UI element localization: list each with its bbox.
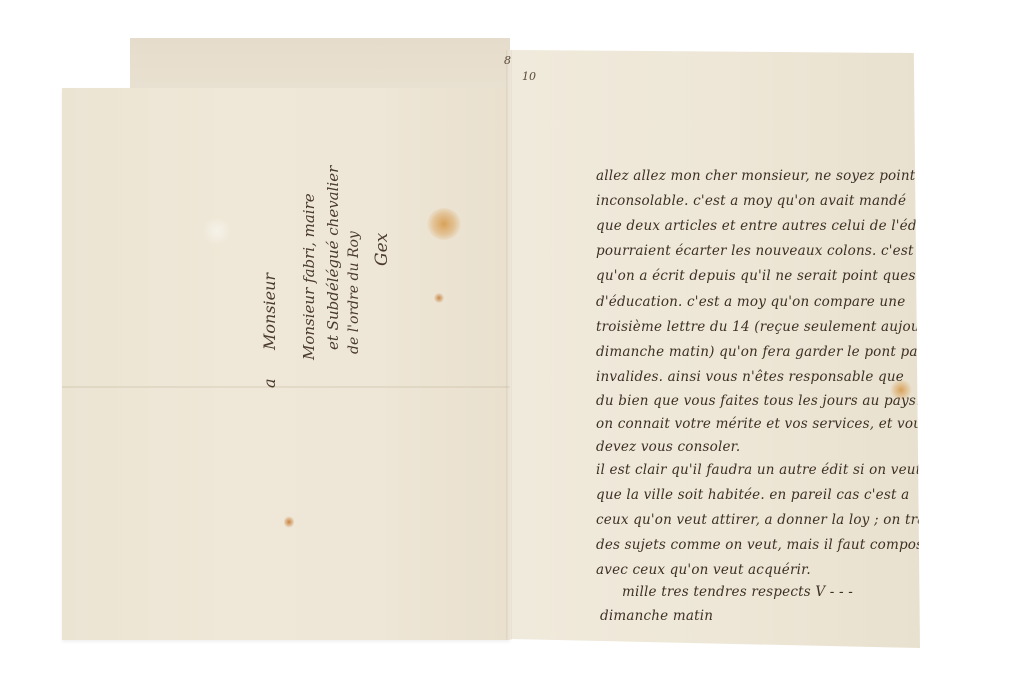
letter-closing: mille tres tendres respects V - - - [622,584,853,600]
address-line: de l'ordre du Roy [346,231,362,354]
rust-stain [284,516,294,528]
letter-line: des sujets comme on veut, mais il faut c… [596,537,938,553]
letter-line: il est clair qu'il faudra un autre édit … [596,462,921,478]
center-fold: 8 [506,50,512,640]
rust-stain [427,208,461,240]
letter-line: du bien que vous faites tous les jours a… [596,393,921,409]
letter-line: ceux qu'on veut attirer, a donner la loy… [596,512,949,528]
letter-line: allez allez mon cher monsieur, ne soyez … [596,168,915,184]
letter-line: qu'on a écrit depuis qu'il ne serait poi… [596,268,943,284]
address-line: Gex [372,233,392,266]
page-mark: 10 [522,70,536,83]
page-mark: 8 [504,54,511,67]
letter-line: que la ville soit habitée. en pareil cas… [596,487,909,503]
address-panel: a Monsieur Monsieur fabri, maire et Subd… [62,88,510,640]
letter-line: troisième lettre du 14 (reçue seulement … [596,319,958,335]
address-line: a [260,378,279,388]
letter-line: avec ceux qu'on veut acquérir. [596,562,811,578]
letter-line: invalides. ainsi vous n'êtes responsable… [596,369,904,385]
rust-stain [434,293,444,303]
letter-line: pourraient écarter les nouveaux colons. … [596,243,960,259]
letter-line: dimanche matin) qu'on fera garder le pon… [596,344,953,360]
letter-line: inconsolable. c'est a moy qu'on avait ma… [596,193,906,209]
letter-line: d'éducation. c'est a moy qu'on compare u… [596,294,905,310]
address-line: Monsieur [260,273,279,350]
fold-crease [62,386,510,388]
letter-page: 10 allez allez mon cher monsieur, ne soy… [510,50,920,648]
letter-line: on connait votre mérite et vos services,… [596,416,929,432]
letter-line: que deux articles et entre autres celui … [596,218,969,234]
letter-line: devez vous consoler. [596,439,740,455]
address-line: et Subdélégué chevalier [324,166,342,350]
letter-date: dimanche matin [600,608,713,624]
address-line: Monsieur fabri, maire [300,193,318,360]
water-stain [202,218,232,244]
